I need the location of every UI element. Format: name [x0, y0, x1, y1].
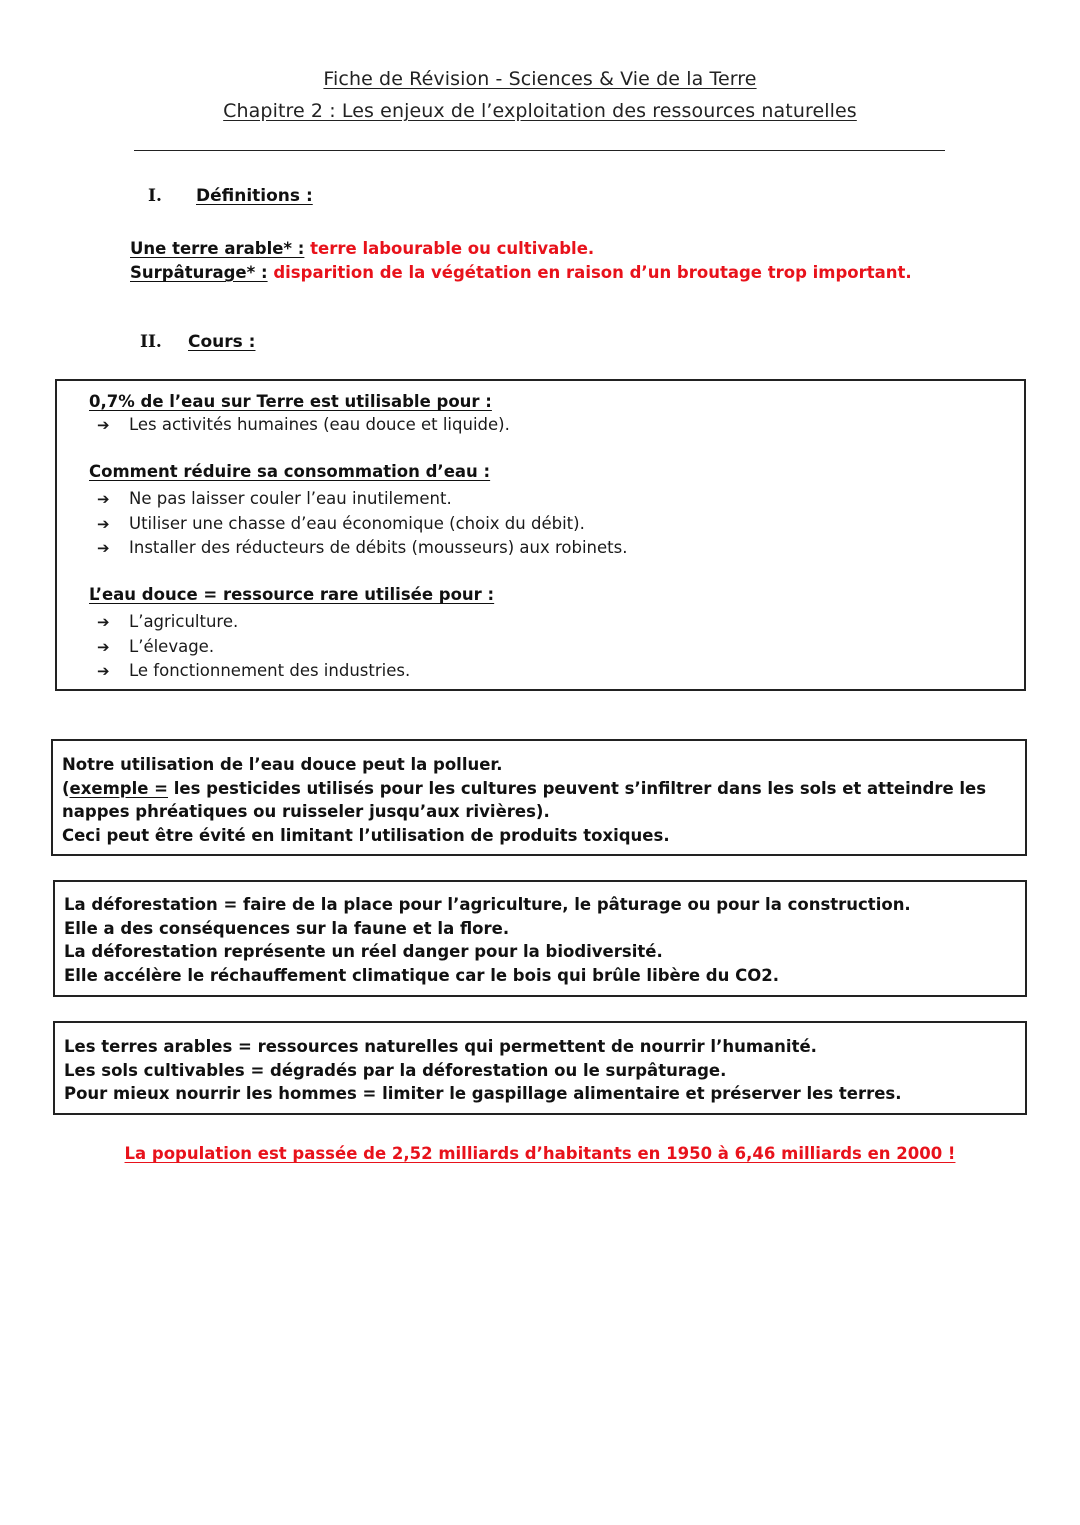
list-item-text: L’agriculture.: [129, 612, 238, 631]
list-item-text: Installer des réducteurs de débits (mous…: [129, 538, 627, 557]
pollution-example: (exemple = les pesticides utilisés pour …: [62, 777, 1011, 824]
document-title: Fiche de Révision - Sciences & Vie de la…: [0, 68, 1080, 90]
deforestation-paragraph: La déforestation = faire de la place pou…: [64, 893, 1011, 987]
list-item-text: Utiliser une chasse d’eau économique (ch…: [129, 514, 585, 533]
deforestation-line: Elle a des conséquences sur la faune et …: [64, 917, 1011, 941]
arrow-right-icon: ➔: [97, 611, 129, 635]
fresh-water-uses-block: L’eau douce = ressource rare utilisée po…: [89, 584, 494, 684]
arrow-right-icon: ➔: [97, 537, 129, 561]
arable-land-line: Les sols cultivables = dégradés par la d…: [64, 1059, 1011, 1083]
definition-item: Surpâturage* : disparition de la végétat…: [130, 261, 912, 285]
section-number: II.: [140, 332, 188, 352]
section-heading-cours: II.Cours :: [140, 332, 255, 352]
list-item: ➔Installer des réducteurs de débits (mou…: [97, 536, 627, 561]
arable-land-line: Les terres arables = ressources naturell…: [64, 1035, 1011, 1059]
chapter-title: Chapitre 2 : Les enjeux de l’exploitatio…: [0, 100, 1080, 122]
list-item-text: Les activités humaines (eau douce et liq…: [129, 415, 510, 434]
reduce-consumption-block: Comment réduire sa consommation d’eau : …: [89, 461, 627, 561]
list-item-text: L’élevage.: [129, 637, 214, 656]
list-item: ➔Ne pas laisser couler l’eau inutilement…: [97, 487, 627, 512]
list-item: ➔L’élevage.: [97, 635, 494, 660]
arrow-right-icon: ➔: [97, 513, 129, 537]
pollution-line: Ceci peut être évité en limitant l’utili…: [62, 824, 1011, 848]
bullet-list: ➔Ne pas laisser couler l’eau inutilement…: [89, 487, 627, 561]
arable-land-paragraph: Les terres arables = ressources naturell…: [64, 1035, 1011, 1106]
pollution-line: Notre utilisation de l’eau douce peut la…: [62, 753, 1011, 777]
deforestation-line: La déforestation = faire de la place pou…: [64, 893, 1011, 917]
arable-land-box: Les terres arables = ressources naturell…: [53, 1021, 1027, 1115]
block-heading: Comment réduire sa consommation d’eau :: [89, 461, 627, 483]
section-label: Cours :: [188, 332, 255, 352]
block-heading: 0,7% de l’eau sur Terre est utilisable p…: [89, 391, 510, 413]
example-label: exemple =: [70, 779, 168, 798]
definitions-list: Une terre arable* : terre labourable ou …: [130, 237, 912, 285]
deforestation-line: Elle accélère le réchauffement climatiqu…: [64, 964, 1011, 988]
block-heading: L’eau douce = ressource rare utilisée po…: [89, 584, 494, 606]
water-usage-box: 0,7% de l’eau sur Terre est utilisable p…: [55, 379, 1026, 691]
example-text: les pesticides utilisés pour les culture…: [62, 779, 986, 822]
deforestation-line: La déforestation représente un réel dang…: [64, 940, 1011, 964]
population-note: La population est passée de 2,52 milliar…: [0, 1144, 1080, 1163]
definition-text: terre labourable ou cultivable.: [310, 239, 594, 258]
section-number: I.: [148, 186, 196, 206]
list-item: ➔Le fonctionnement des industries.: [97, 659, 494, 684]
arrow-right-icon: ➔: [97, 488, 129, 512]
section-heading-definitions: I.Définitions :: [148, 186, 313, 206]
paren: (: [62, 779, 70, 798]
pollution-paragraph: Notre utilisation de l’eau douce peut la…: [62, 753, 1011, 847]
list-item-text: Le fonctionnement des industries.: [129, 661, 410, 680]
definition-term: Une terre arable* :: [130, 239, 304, 258]
bullet-list: ➔Les activités humaines (eau douce et li…: [89, 413, 510, 438]
definition-term: Surpâturage* :: [130, 263, 268, 282]
list-item: ➔L’agriculture.: [97, 610, 494, 635]
title-divider: [134, 150, 945, 151]
list-item: ➔Utiliser une chasse d’eau économique (c…: [97, 512, 627, 537]
arrow-right-icon: ➔: [97, 660, 129, 684]
list-item: ➔Les activités humaines (eau douce et li…: [97, 413, 510, 438]
deforestation-box: La déforestation = faire de la place pou…: [53, 880, 1027, 997]
list-item-text: Ne pas laisser couler l’eau inutilement.: [129, 489, 452, 508]
usable-water-block: 0,7% de l’eau sur Terre est utilisable p…: [89, 391, 510, 438]
definition-item: Une terre arable* : terre labourable ou …: [130, 237, 912, 261]
bullet-list: ➔L’agriculture. ➔L’élevage. ➔Le fonction…: [89, 610, 494, 684]
definition-text: disparition de la végétation en raison d…: [273, 263, 911, 282]
water-pollution-box: Notre utilisation de l’eau douce peut la…: [51, 739, 1027, 856]
arable-land-line: Pour mieux nourrir les hommes = limiter …: [64, 1082, 1011, 1106]
arrow-right-icon: ➔: [97, 414, 129, 438]
section-label: Définitions :: [196, 186, 313, 206]
arrow-right-icon: ➔: [97, 636, 129, 660]
